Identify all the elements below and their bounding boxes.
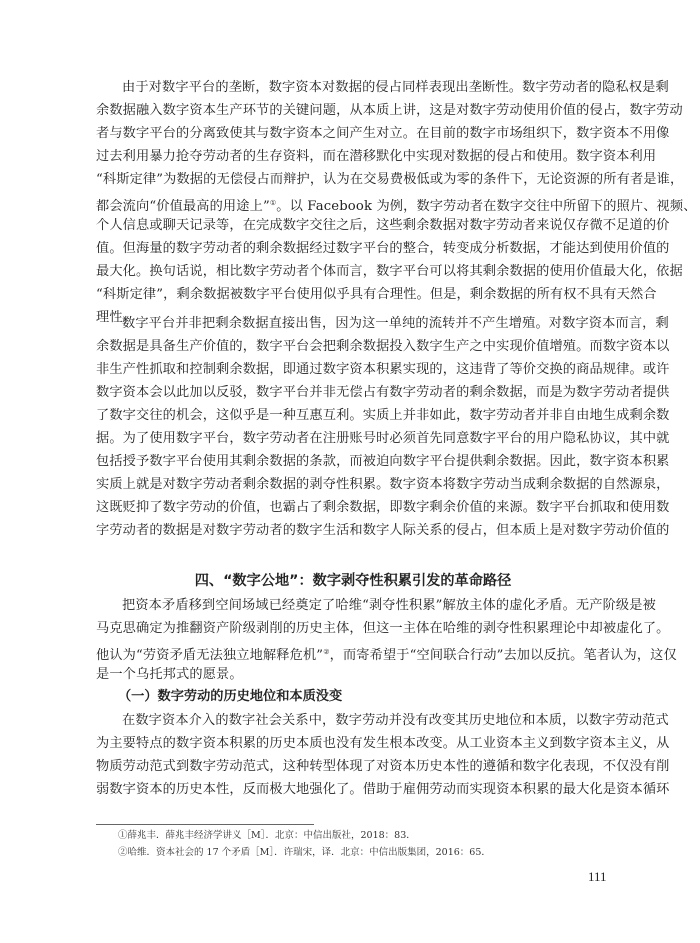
text-segment: ，而寄希望于“空间联合行动”去加以反抗。笔者认为，这仅 [330,648,677,663]
subsection-heading: （一）数字劳动的历史地位和本质没变 [118,689,342,705]
text-line: 过去利用暴力抢夺劳动者的生存资料，而在潜移默化中实现对数据的侵占和使用。数字资本… [96,149,610,165]
footnote-1: ①薛兆丰．薛兆丰经济学讲义［M］．北京：中信出版社，2018：83． [118,830,416,842]
text-line: 把资本矛盾移到空间场域已经奠定了哈维“剥夺性积累”解放主体的虚化矛盾。无产阶级是… [122,598,610,614]
page-number: 111 [588,869,607,885]
text-line: 马克思确定为推翻资产阶级剥削的历史主体，但这一主体在哈维的剥夺性积累理论中却被虚… [96,621,610,637]
paper-page: 由于对数字平台的垄断，数字资本对数据的侵占同样表现出垄断性。数字劳动者的隐私权是… [0,0,700,943]
text-line: 这既贬抑了数字劳动的价值，也霸占了剩余数据，即数字剩余价值的来源。数字平台抓取和… [96,500,610,516]
text-line: 个人信息或聊天记录等，在完成数字交往之后，这些剩余数据对数字劳动者来说仅存微不足… [96,218,610,234]
footnote-2: ②哈维．资本社会的 17 个矛盾［M］．许瑞宋，译．北京：中信出版集团，2016… [118,847,491,859]
text-line: 包括授予数字平台使用其剩余数据的条款，而被迫向数字平台提供剩余数据。因此，数字资… [96,454,610,470]
text-line: 余数据是具备生产价值的，数字平台会把剩余数据投入数字生产之中实现价值增殖。而数字… [96,339,610,355]
text-line: 字劳动者的数据是对数字劳动者的数字生活和数字人际关系的侵占，但本质上是对数字劳动… [96,523,610,539]
text-line: 由于对数字平台的垄断，数字资本对数据的侵占同样表现出垄断性。数字劳动者的隐私权是… [122,80,610,96]
text-line: 非生产性抓取和控制剩余数据，即通过数字资本积累实现的，这违背了等价交换的商品规律… [96,362,610,378]
text-line: 者与数字平台的分离致使其与数字资本之间产生对立。在目前的数字市场组织下，数字资本… [96,126,610,142]
text-segment: 他认为“劳资矛盾无法独立地解释危机” [96,648,323,663]
text-line: 物质劳动范式到数字劳动范式，这种转型体现了对资本历史本性的遵循和数字化表现，不仅… [96,759,610,775]
text-line: 了数字交往的机会，这似乎是一种互惠互利。实质上并非如此，数字劳动者并非自由地生成… [96,408,610,424]
text-line: 数字平台并非把剩余数据直接出售，因为这一单纯的流转并不产生增殖。对数字资本而言，… [122,316,610,332]
text-line: 据。为了使用数字平台，数字劳动者在注册账号时必须首先同意数字平台的用户隐私协议，… [96,431,610,447]
text-line: 都会流向“价值最高的用途上”①。以 Facebook 为例，数字劳动者在数字交往… [96,195,610,215]
text-line: 最大化。换句话说，相比数字劳动者个体而言，数字平台可以将其剩余数据的使用价值最大… [96,264,610,280]
text-line: 余数据融入数字资本生产环节的关键问题，从本质上讲，这是对数字劳动使用价值的侵占，… [96,103,610,119]
text-line: 为主要特点的数字资本积累的历史本质也没有发生根本改变。从工业资本主义到数字资本主… [96,736,610,752]
text-line: 在数字资本介入的数字社会关系中，数字劳动并没有改变其历史地位和本质，以数字劳动范… [122,713,610,729]
text-line: 值。但海量的数字劳动者的剩余数据经过数字平台的整合，转变成分析数据，才能达到使用… [96,241,610,257]
text-segment: 。以 Facebook 为例，数字劳动者在数字交往中所留下的照片、视频、 [276,199,696,214]
text-line: 是一个乌托邦式的愿景。 [96,667,610,683]
section-heading: 四、“数字公地”：数字剥夺性积累引发的革命路径 [96,572,610,590]
text-segment: 都会流向“价值最高的用途上” [96,199,270,214]
text-line: 他认为“劳资矛盾无法独立地解释危机”②，而寄希望于“空间联合行动”去加以反抗。笔… [96,644,610,664]
text-line: 弱数字资本的历史本性，反而极大地强化了。借助于雇佣劳动而实现资本积累的最大化是资… [96,782,610,798]
footnote-divider [96,824,314,825]
text-line: 实质上就是对数字劳动者剩余数据的剥夺性积累。数字资本将数字劳动当成剩余数据的自然… [96,477,610,493]
text-line: 数字资本会以此加以反驳，数字平台并非无偿占有数字劳动者的剩余数据，而是为数字劳动… [96,385,610,401]
text-line: “科斯定律”为数据的无偿侵占而辩护，认为在交易费极低或为零的条件下，无论资源的所… [96,172,610,188]
text-line: “科斯定律”，剩余数据被数字平台使用似乎具有合理性。但是，剩余数据的所有权不具有… [96,287,610,303]
